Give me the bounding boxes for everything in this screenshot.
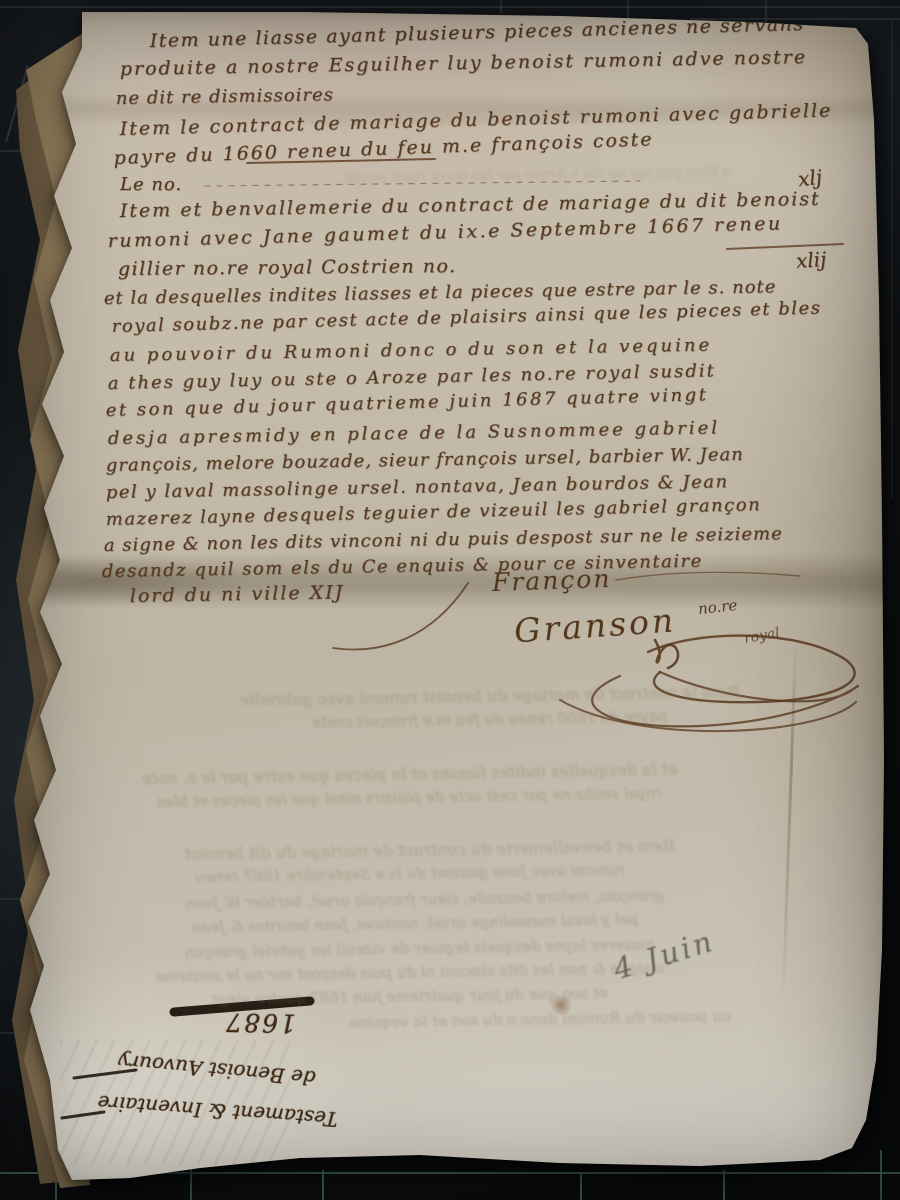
verso-showthrough-line: au pouvoir du Rumoni donc o du son et la… xyxy=(330,1006,750,1031)
notary-signature: Granson xyxy=(513,600,677,650)
endorsement-name: de Benoist Auvoury xyxy=(65,1045,316,1091)
manuscript-line: desandz quil som els du Ce enquis & pour… xyxy=(102,551,703,582)
photo-of-manuscript: Item une liasse ayant plusieurs pieces a… xyxy=(0,0,900,1200)
pencil-date-note: 4 Juin xyxy=(609,924,718,987)
manuscript-line: Item une liasse ayant plusieurs pieces a… xyxy=(149,13,804,52)
endorsement-year: 1687 xyxy=(196,1007,296,1038)
verso-showthrough-line: a thes guy luy ou ste o Aroze par les no… xyxy=(430,163,730,184)
verso-showthrough-line: payre du 1660 reneu du feu m.e françois … xyxy=(250,706,730,732)
verso-showthrough-line: pel y laval massolinge ursel. nontava, J… xyxy=(85,908,745,938)
manuscript-line: gillier no.re royal Costrien no. xyxy=(118,255,457,280)
manuscript-paper: Item une liasse ayant plusieurs pieces a… xyxy=(0,0,900,1200)
manuscript-line: lord du ni ville XIJ xyxy=(130,581,345,607)
manuscript-line: grançois, melore bouzade, sieur françois… xyxy=(106,444,744,476)
margin-folio-number: xlij xyxy=(795,247,827,273)
verso-showthrough-line: Item le contract de mariage du benoist r… xyxy=(230,681,750,709)
manuscript-line: ne dit re dismissoires xyxy=(116,84,334,109)
notary-title-abbrev: royal xyxy=(743,625,781,647)
verso-showthrough-line: et son que du jour quatrieme juin 1687 q… xyxy=(70,981,750,1011)
manuscript-line: Le no. xyxy=(120,174,182,195)
paper-crease xyxy=(782,640,798,1000)
manuscript-line: desja apresmidy en place de la Susnommee… xyxy=(108,417,721,449)
margin-folio-number: xlj xyxy=(797,165,823,191)
notary-title-abbrev: no.re xyxy=(697,596,738,618)
manuscript-line: produite a nostre Esguilher luy benoist … xyxy=(120,46,808,80)
endorsement-title: Testament & Inventaire xyxy=(58,1088,339,1131)
paper-sheet: Item une liasse ayant plusieurs pieces a… xyxy=(0,0,900,1200)
closing-word: Françon xyxy=(492,564,612,597)
